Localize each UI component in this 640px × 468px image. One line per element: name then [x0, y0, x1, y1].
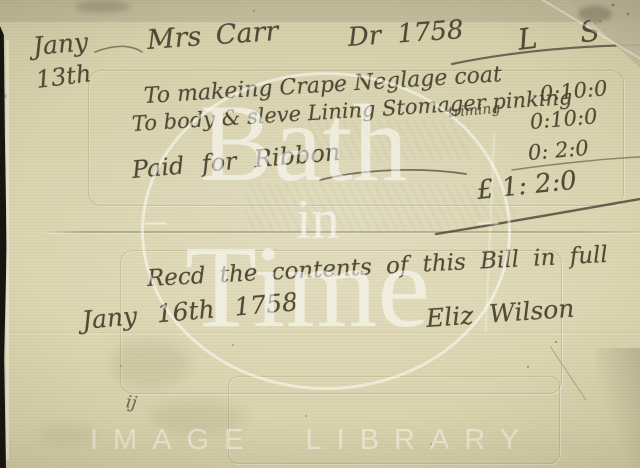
paper-left-edge-highlight [6, 40, 9, 460]
scanned-historical-bill: Jany Mrs Carr Dr 1758 L S D 13th To make… [0, 0, 640, 468]
scan-vignette [0, 0, 640, 468]
